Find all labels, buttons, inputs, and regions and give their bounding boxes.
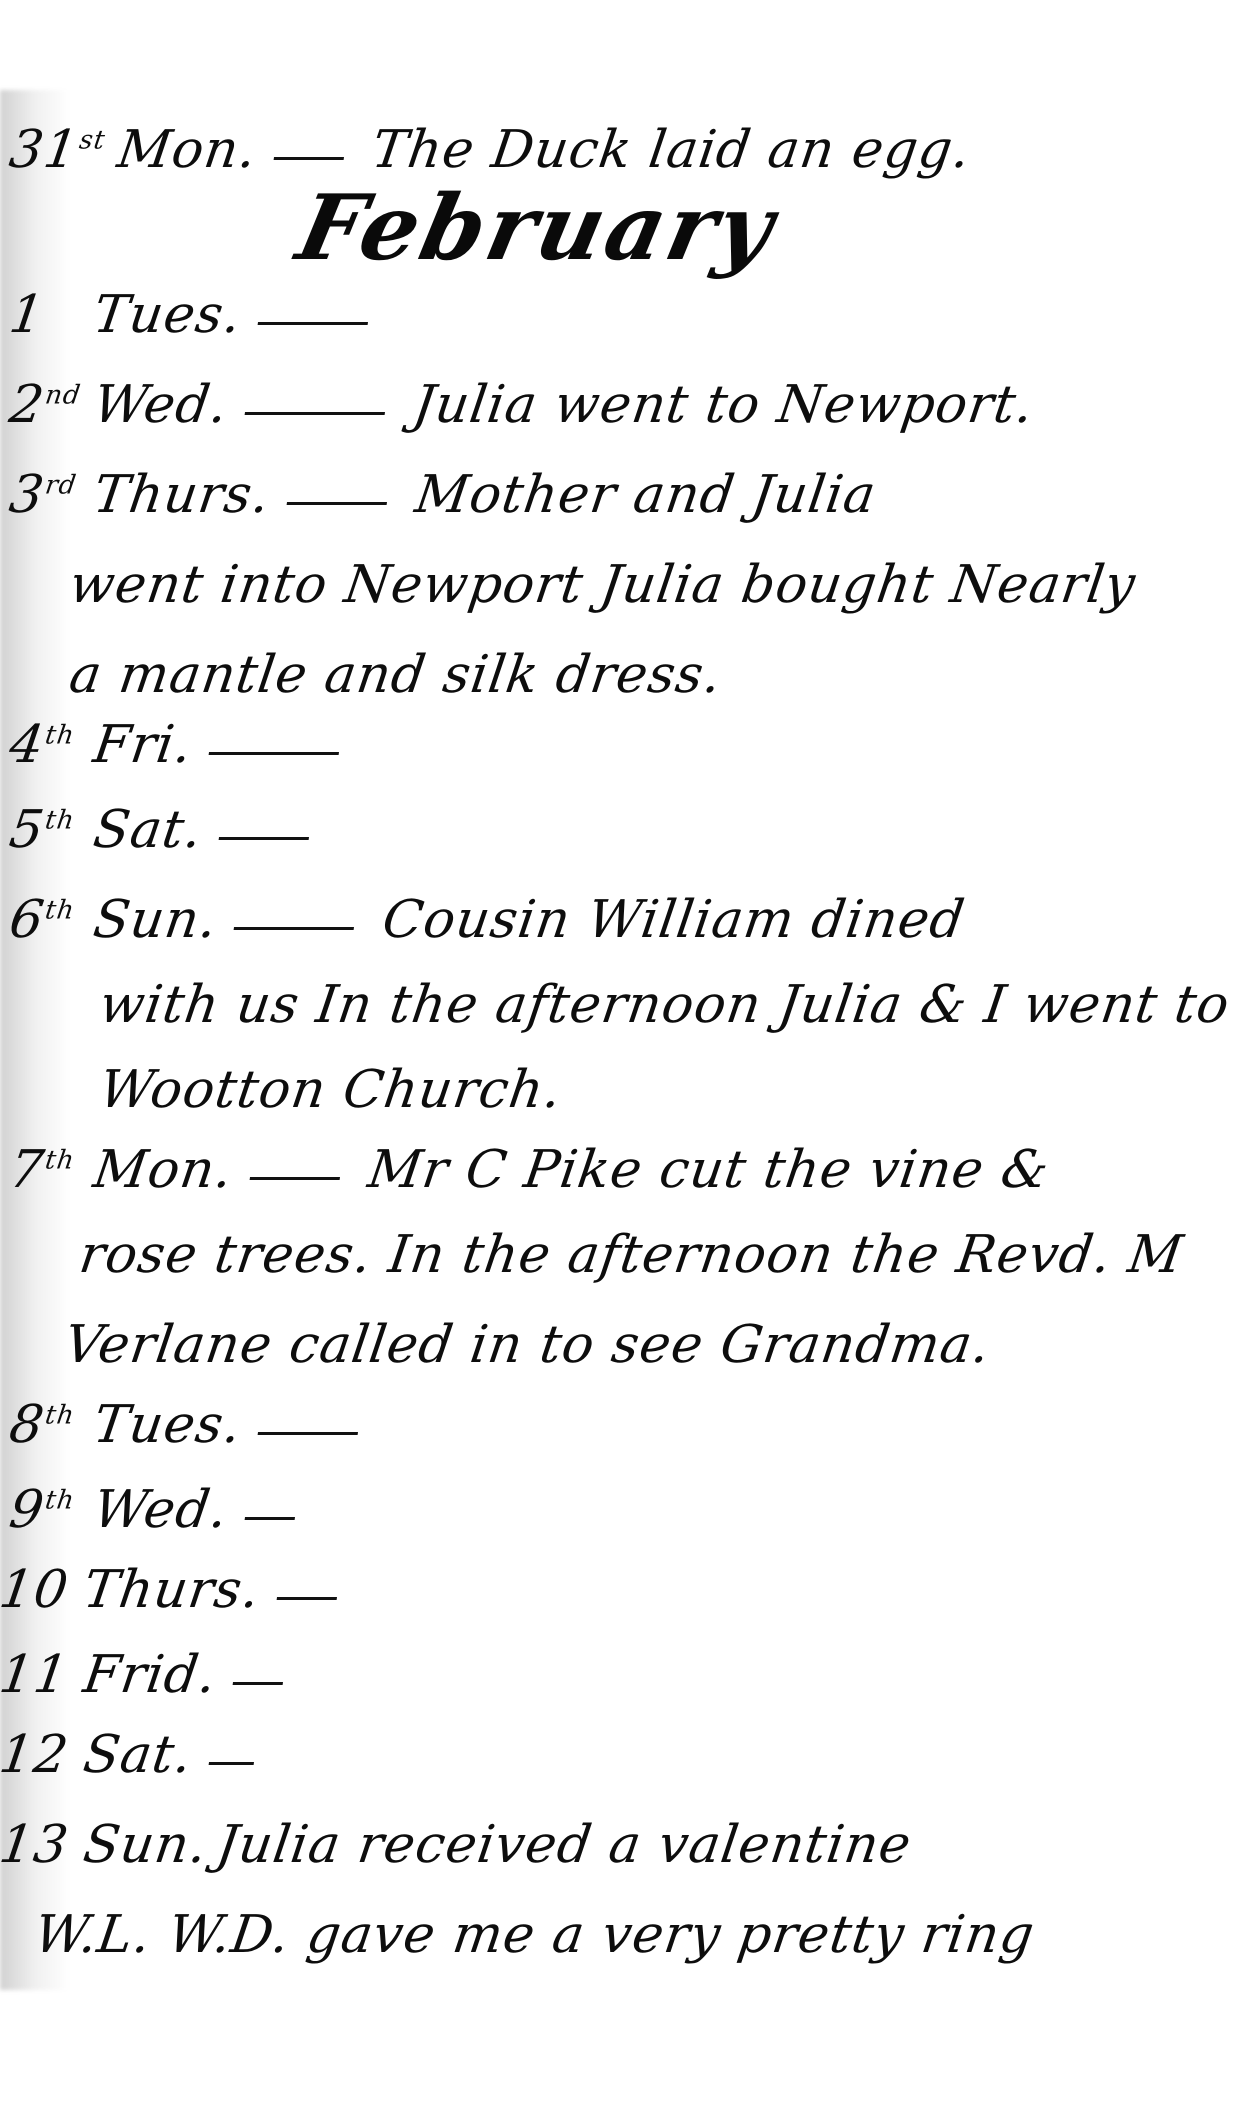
entry-dash [219,827,311,840]
diary-line: 3rdThurs.Mother and Julia [6,465,880,525]
entry-dash [273,147,345,160]
entry-weekday: Tues. [90,1395,246,1455]
diary-line: went into Newport Julia bought Nearly [56,555,1140,615]
diary-page: February 31stMon.The Duck laid an egg.1T… [0,0,1254,2102]
entry-text: Julia went to Newport. [410,375,1038,435]
diary-line: 10Thurs. [0,1560,360,1620]
entry-weekday: Fri. [90,715,197,775]
diary-line: 1Tues. [6,285,392,345]
entry-date: 2nd [6,375,84,435]
diary-line: with us In the afternoon Julia & I went … [86,975,1234,1035]
entry-text: W.L. W.D. gave me a very pretty ring [31,1905,1039,1965]
date-suffix: th [43,1401,76,1431]
entry-weekday: Sat. [80,1725,196,1785]
entry-dash [244,1507,296,1520]
entry-weekday: Tues. [90,285,246,345]
entry-dash [209,1752,256,1765]
diary-line: 12Sat. [0,1725,277,1785]
entry-weekday: Thurs. [90,465,274,525]
date-suffix: nd [43,381,83,411]
diary-line: 8thTues. [6,1395,382,1455]
entry-weekday: Wed. [90,1480,232,1540]
entry-date: 11 [0,1645,74,1705]
entry-date: 3rd [6,465,84,525]
diary-line: 4thFri. [6,715,363,775]
entry-text: Mr C Pike cut the vine & [364,1140,1053,1200]
entry-weekday: Frid. [80,1645,221,1705]
entry-dash [233,1672,285,1685]
entry-date: 8th [6,1395,84,1455]
date-suffix: th [43,1146,76,1176]
entry-date: 4th [6,715,84,775]
entry-dash [249,1167,341,1180]
entry-dash [234,917,356,930]
diary-line: W.L. W.D. gave me a very pretty ring [21,1905,1039,1965]
diary-line: 11Frid. [0,1645,307,1705]
date-suffix: st [77,126,107,156]
month-heading: February [289,175,786,281]
entry-weekday: Mon. [114,120,261,180]
date-suffix: rd [43,471,78,501]
entry-dash [276,1587,338,1600]
diary-line: rose trees. In the afternoon the Revd. M [66,1225,1187,1285]
diary-line: 13Sun.Julia received a valentine [0,1815,915,1875]
diary-line: 7thMon.Mr C Pike cut the vine & [6,1140,1053,1200]
entry-text: went into Newport Julia bought Nearly [66,555,1140,615]
entry-text: Wootton Church. [96,1060,566,1120]
entry-text: with us In the afternoon Julia & I went … [96,975,1234,1035]
entry-date: 9th [6,1480,84,1540]
entry-weekday: Sun. [90,890,222,950]
entry-text: rose trees. In the afternoon the Revd. M [76,1225,1187,1285]
entry-weekday: Mon. [90,1140,237,1200]
diary-line: a mantle and silk dress. [56,645,726,705]
entry-text: Julia received a valentine [213,1815,915,1875]
entry-date: 6th [6,890,84,950]
entry-date: 10 [0,1560,74,1620]
entry-date: 1 [6,285,84,345]
entry-text: a mantle and silk dress. [66,645,726,705]
entry-text: Verlane called in to see Grandma. [61,1315,994,1375]
entry-dash [209,742,341,755]
entry-dash [258,312,370,325]
diary-line: Verlane called in to see Grandma. [51,1315,994,1375]
diary-line: Wootton Church. [86,1060,566,1120]
date-suffix: th [43,721,76,751]
entry-text: The Duck laid an egg. [368,120,974,180]
date-suffix: th [43,896,76,926]
entry-weekday: Sat. [90,800,206,860]
diary-line: 2ndWed.Julia went to Newport. [6,375,1038,435]
entry-date: 13 [0,1815,74,1875]
entry-date: 5th [6,800,84,860]
entry-dash [258,1422,360,1435]
entry-date: 31st [6,120,108,180]
entry-date: 12 [0,1725,74,1785]
entry-dash [244,402,386,415]
entry-dash [286,492,388,505]
entry-weekday: Sun. [80,1815,212,1875]
diary-line: 6thSun.Cousin William dined [6,890,969,950]
entry-weekday: Thurs. [80,1560,264,1620]
diary-line: 31stMon.The Duck laid an egg. [6,120,975,180]
entry-text: Cousin William dined [379,890,969,950]
entry-date: 7th [6,1140,84,1200]
diary-line: 9thWed. [6,1480,318,1540]
entry-weekday: Wed. [90,375,232,435]
date-suffix: th [43,806,76,836]
diary-line: 5thSat. [6,800,332,860]
entry-text: Mother and Julia [412,465,880,525]
date-suffix: th [43,1486,76,1516]
